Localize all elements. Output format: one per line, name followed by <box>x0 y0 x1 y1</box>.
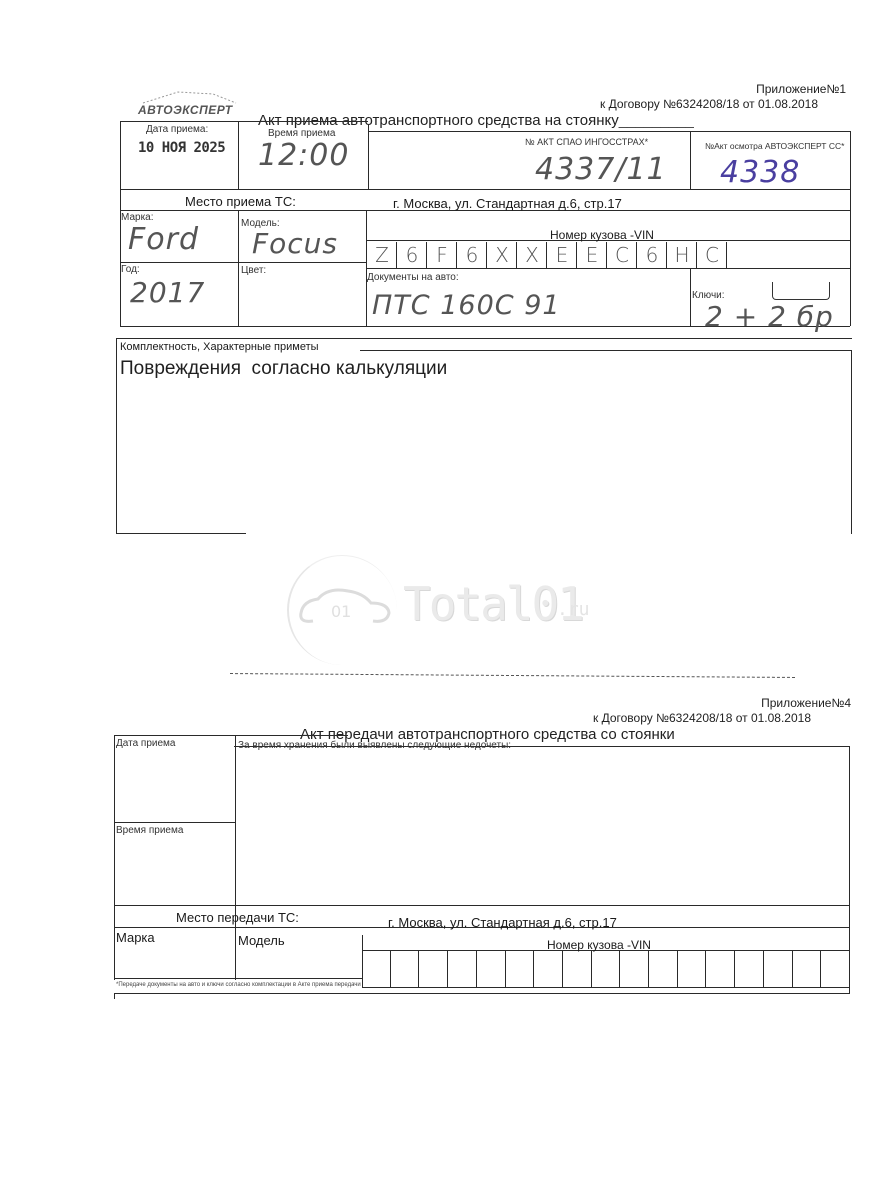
watermark: 01 Total01 .ru <box>285 555 605 675</box>
transfer-place-value: г. Москва, ул. Стандартная д.6, стр.17 <box>388 915 617 930</box>
keys-bracket-blank <box>772 282 830 300</box>
documents-value: ПТС 160С 91 <box>372 290 561 321</box>
vin-char-cell: C <box>698 242 727 268</box>
transfer-place-label: Место передачи ТС: <box>176 910 299 925</box>
vin-empty-cell <box>649 951 678 987</box>
place-value: г. Москва, ул. Стандартная д.6, стр.17 <box>393 196 622 211</box>
vin-empty-cell <box>391 951 420 987</box>
vin-label: Номер кузова -VIN <box>550 228 654 242</box>
vin-empty-cell <box>563 951 592 987</box>
roof-icon <box>138 90 238 104</box>
vin-char-cell: E <box>548 242 577 268</box>
vin-empty-cell <box>477 951 506 987</box>
vin-empty-cell <box>592 951 621 987</box>
vin-empty-cell <box>620 951 649 987</box>
vin-empty-cell <box>362 951 391 987</box>
vin-char-cell: X <box>488 242 517 268</box>
defects-label: За время хранения были выявлены следующи… <box>238 740 511 751</box>
time-value: 12:00 <box>258 138 349 173</box>
vin-empty-cell <box>419 951 448 987</box>
contract-reference-4: к Договору №6324208/18 от 01.08.2018 <box>593 711 811 725</box>
vin-empty-cell <box>735 951 764 987</box>
transfer-brand-label: Марка <box>116 930 155 945</box>
vin-char-cell: 6 <box>458 242 487 268</box>
contract-reference: к Договору №6324208/18 от 01.08.2018 <box>600 97 818 111</box>
model-value: Focus <box>252 227 338 260</box>
vin-empty-cell <box>448 951 477 987</box>
act-ingosstrakh-value: 4337/11 <box>535 152 667 187</box>
vin-redaction <box>728 241 850 268</box>
vin-char-cell: 6 <box>398 242 427 268</box>
vin-empty-cell <box>821 951 850 987</box>
footnote: *Передаче документы на авто и ключи согл… <box>116 982 361 988</box>
vin-char-cell: X <box>518 242 547 268</box>
completeness-label: Комплектность, Характерные приметы <box>120 341 319 353</box>
logo-text: АВТОЭКСПЕРТ <box>138 103 233 117</box>
watermark-text: Total01 <box>403 577 583 631</box>
transfer-model-label: Модель <box>238 933 285 948</box>
vin-char-cell: 6 <box>638 242 667 268</box>
vin-empty-cell <box>793 951 822 987</box>
act-inspection-value: 4338 <box>720 155 800 190</box>
date-stamp: 10 НОЯ 2025 <box>138 140 225 156</box>
autoexpert-logo: АВТОЭКСПЕРТ <box>138 90 238 118</box>
appendix-label: Приложение№1 <box>756 82 846 96</box>
vin-empty-cell <box>506 951 535 987</box>
color-label: Цвет: <box>241 265 266 276</box>
vin-char-cell: E <box>578 242 607 268</box>
watermark-suffix: .ru <box>557 599 590 620</box>
documents-label: Документы на авто: <box>367 272 459 283</box>
vin-char-cell: H <box>668 242 697 268</box>
act-inspection-label: №Акт осмотра АВТОЭКСПЕРТ СС* <box>705 141 844 151</box>
vin-char-cell: F <box>428 242 457 268</box>
appendix-label-4: Приложение№4 <box>761 696 851 710</box>
svg-text:01: 01 <box>331 602 351 621</box>
vin-empty-cell <box>706 951 735 987</box>
year-value: 2017 <box>130 276 205 309</box>
transfer-time-label: Время приема <box>116 825 183 836</box>
transfer-date-label: Дата приема <box>116 738 175 749</box>
year-label: Год: <box>121 264 140 275</box>
vin-char-cell: C <box>608 242 637 268</box>
keys-value: 2 + 2 бр <box>705 300 834 333</box>
place-label: Место приема ТС: <box>185 194 296 209</box>
date-label: Дата приема: <box>146 124 208 135</box>
act-ingosstrakh-label: № АКТ СПАО ИНГОССТРАХ* <box>525 137 648 147</box>
vin-empty-cell <box>678 951 707 987</box>
vin-empty-cell <box>534 951 563 987</box>
car-icon: 01 <box>293 583 393 633</box>
transfer-vin-label: Номер кузова -VIN <box>547 938 651 952</box>
vin-empty-cell <box>764 951 793 987</box>
vin-char-cell: Z <box>368 242 397 268</box>
brand-value: Ford <box>128 222 199 257</box>
completeness-value: Повреждения согласно калькуляции <box>120 358 447 380</box>
